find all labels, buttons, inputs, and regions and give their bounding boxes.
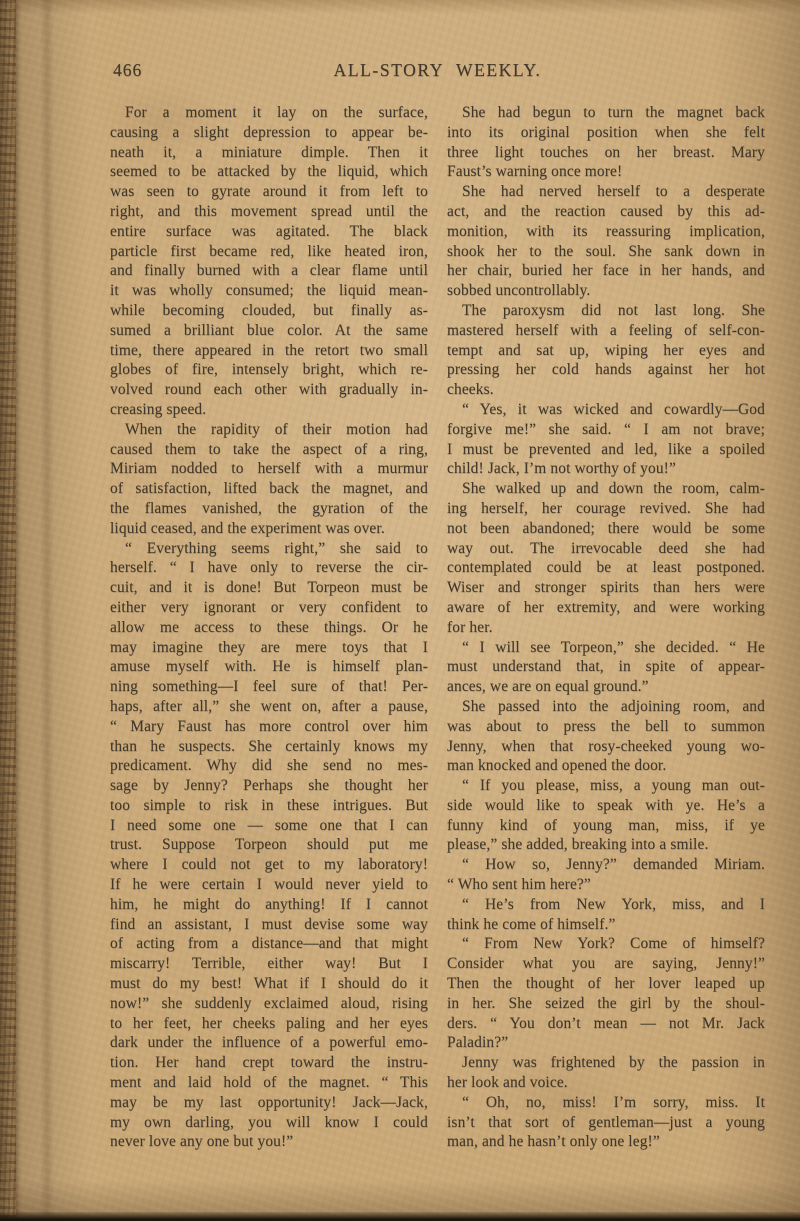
text-line: sobbed uncontrollably. [447, 281, 765, 301]
text-line: ing herself, her courage revived. She ha… [447, 499, 765, 519]
paragraph: “ I will see Torpeon,” she decided. “ He… [447, 638, 765, 697]
text-line: “ He’s from New York, miss, and I [447, 895, 765, 915]
text-line: “ How so, Jenny?” demanded Miriam. [447, 855, 765, 875]
paragraph: For a moment it lay on the surface,causi… [110, 103, 428, 420]
text-line: of acting from a distance—and that might [110, 934, 428, 954]
text-line: When the rapidity of their motion had [110, 420, 428, 440]
text-line: volved round each other with gradually i… [110, 380, 428, 400]
text-line: either very ignorant or very confident t… [110, 598, 428, 618]
text-line: not been abandoned; there would be some [447, 519, 765, 539]
text-line: If he were certain I would never yield t… [110, 875, 428, 895]
text-line: ning something—I feel sure of that! Per- [110, 677, 428, 697]
text-line: into its original position when she felt [447, 123, 765, 143]
text-line: entire surface was agitated. The black [110, 222, 428, 242]
text-line: tempt and sat up, wiping her eyes and [447, 341, 765, 361]
paragraph: “ If you please, miss, a young man out-s… [447, 776, 765, 855]
text-line: find an assistant, I must devise some wa… [110, 915, 428, 935]
text-line: ances, we are on equal ground.” [447, 677, 765, 697]
text-line: was seen to gyrate around it from left t… [110, 182, 428, 202]
text-line: For a moment it lay on the surface, [110, 103, 428, 123]
text-line: allow me access to these things. Or he [110, 618, 428, 638]
text-line: “ From New York? Come of himself? [447, 934, 765, 954]
paragraph: The paroxysm did not last long. Shemaste… [447, 301, 765, 400]
paragraph: “ He’s from New York, miss, and Ithink h… [447, 895, 765, 935]
text-line: of satisfaction, lifted back the magnet,… [110, 479, 428, 499]
text-line: Paladin?” [447, 1033, 765, 1053]
text-line: sage by Jenny? Perhaps she thought her [110, 776, 428, 796]
text-line: forgive me!” she said. “ I am not brave; [447, 420, 765, 440]
text-line: “ Oh, no, miss! I’m sorry, miss. It [447, 1093, 765, 1113]
text-line: I need some one — some one that I can [110, 816, 428, 836]
text-line: “ Mary Faust has more control over him [110, 717, 428, 737]
text-line: trust. Suppose Torpeon should put me [110, 835, 428, 855]
text-line: her look and voice. [447, 1073, 765, 1093]
text-line: She had nerved herself to a desperate [447, 182, 765, 202]
text-line: too simple to risk in these intrigues. B… [110, 796, 428, 816]
text-line: it was wholly consumed; the liquid mean- [110, 281, 428, 301]
text-line: She walked up and down the room, calm- [447, 479, 765, 499]
text-line: Consider what you are saying, Jenny!” [447, 954, 765, 974]
text-line: funny kind of young man, miss, if ye [447, 816, 765, 836]
text-line: was about to press the bell to summon [447, 717, 765, 737]
text-line: neath it, a miniature dimple. Then it [110, 143, 428, 163]
text-line: particle first became red, like heated i… [110, 242, 428, 262]
text-line: cheeks. [447, 380, 765, 400]
text-line: side would like to speak with ye. He’s a [447, 796, 765, 816]
left-column: For a moment it lay on the surface,causi… [110, 103, 428, 1152]
text-line: her chair, buried her face in her hands,… [447, 261, 765, 281]
text-line: act, and the reaction caused by this ad- [447, 202, 765, 222]
paragraph: “ Everything seems right,” she said tohe… [110, 539, 428, 1153]
text-line: my own darling, you will know I could [110, 1113, 428, 1133]
text-columns: For a moment it lay on the surface,causi… [110, 103, 765, 1152]
text-line: creasing speed. [110, 400, 428, 420]
paragraph: She walked up and down the room, calm-in… [447, 479, 765, 637]
paragraph: She passed into the adjoining room, andw… [447, 697, 765, 776]
text-line: monition, with its reassuring implicatio… [447, 222, 765, 242]
magazine-page-scan: 466 ALL-STORY WEEKLY. For a moment it la… [0, 0, 800, 1221]
journal-title: ALL-STORY WEEKLY. [110, 60, 765, 81]
text-line: in her. She seized the girl by the shoul… [447, 994, 765, 1014]
book-fore-edge [0, 0, 16, 1221]
text-line: Miriam nodded to herself with a murmur [110, 459, 428, 479]
text-line: and finally burned with a clear flame un… [110, 261, 428, 281]
text-line: child! Jack, I’m not worthy of you!” [447, 459, 765, 479]
text-line: time, there appeared in the retort two s… [110, 341, 428, 361]
text-line: seemed to be attacked by the liquid, whi… [110, 162, 428, 182]
text-line: dark under the influence of a powerful e… [110, 1033, 428, 1053]
text-line: now!” she suddenly exclaimed aloud, risi… [110, 994, 428, 1014]
text-line: Wiser and stronger spirits than hers wer… [447, 578, 765, 598]
text-line: liquid ceased, and the experiment was ov… [110, 519, 428, 539]
text-line: must do my best! What if I should do it [110, 974, 428, 994]
text-line: must understand that, in spite of appear… [447, 657, 765, 677]
text-line: way out. The irrevocable deed she had [447, 539, 765, 559]
text-line: pressing her cold hands against her hot [447, 360, 765, 380]
text-line: sumed a brilliant blue color. At the sam… [110, 321, 428, 341]
text-line: mastered herself with a feeling of self-… [447, 321, 765, 341]
text-line: man knocked and opened the door. [447, 756, 765, 776]
text-line: Faust’s warning once more! [447, 162, 765, 182]
text-line: him, he might do anything! If I cannot [110, 895, 428, 915]
text-line: “ Who sent him here?” [447, 875, 765, 895]
paragraph: “ Oh, no, miss! I’m sorry, miss. Itisn’t… [447, 1093, 765, 1152]
right-column: She had begun to turn the magnet backint… [447, 103, 765, 1152]
text-line: isn’t that sort of gentleman—just a youn… [447, 1113, 765, 1133]
text-line: ment and laid hold of the magnet. “ This [110, 1073, 428, 1093]
text-line: the flames vanished, the gyration of the [110, 499, 428, 519]
scan-bottom-edge [0, 1212, 800, 1221]
paragraph: She had nerved herself to a desperateact… [447, 182, 765, 301]
text-line: never love any one but you!” [110, 1132, 428, 1152]
text-line: Jenny, when that rosy-cheeked young wo- [447, 737, 765, 757]
paragraph: She had begun to turn the magnet backint… [447, 103, 765, 182]
text-line: I must be prevented and led, like a spoi… [447, 440, 765, 460]
text-line: tion. Her hand crept toward the instru- [110, 1053, 428, 1073]
text-line: She passed into the adjoining room, and [447, 697, 765, 717]
text-line: globes of fire, intensely bright, which … [110, 360, 428, 380]
text-line: “ Yes, it was wicked and cowardly—God [447, 400, 765, 420]
text-line: causing a slight depression to appear be… [110, 123, 428, 143]
text-line: while becoming clouded, but finally as- [110, 301, 428, 321]
text-line: herself. “ I have only to reverse the ci… [110, 558, 428, 578]
text-line: for her. [447, 618, 765, 638]
text-line: shook her to the soul. She sank down in [447, 242, 765, 262]
text-line: Jenny was frightened by the passion in [447, 1053, 765, 1073]
running-head: 466 ALL-STORY WEEKLY. [110, 60, 765, 79]
text-line: may be my last opportunity! Jack—Jack, [110, 1093, 428, 1113]
text-line: three light touches on her breast. Mary [447, 143, 765, 163]
text-line: think he come of himself.” [447, 915, 765, 935]
text-line: Then the thought of her lover leaped up [447, 974, 765, 994]
text-line: to her feet, her cheeks paling and her e… [110, 1014, 428, 1034]
text-line: “ Everything seems right,” she said to [110, 539, 428, 559]
text-line: aware of her extremity, and were working [447, 598, 765, 618]
text-line: may imagine they are mere toys that I [110, 638, 428, 658]
text-line: contemplated could be at least postponed… [447, 558, 765, 578]
text-line: than he suspects. She certainly knows my [110, 737, 428, 757]
text-line: The paroxysm did not last long. She [447, 301, 765, 321]
paragraph: “ Yes, it was wicked and cowardly—Godfor… [447, 400, 765, 479]
text-line: haps, after all,” she went on, after a p… [110, 697, 428, 717]
text-line: man, and he hasn’t only one leg!” [447, 1132, 765, 1152]
text-line: “ If you please, miss, a young man out- [447, 776, 765, 796]
paragraph: Jenny was frightened by the passion inhe… [447, 1053, 765, 1093]
paragraph: “ From New York? Come of himself?Conside… [447, 934, 765, 1053]
text-line: ders. “ You don’t mean — not Mr. Jack [447, 1014, 765, 1034]
text-line: predicament. Why did she send no mes- [110, 756, 428, 776]
text-line: please,” she added, breaking into a smil… [447, 835, 765, 855]
paragraph: “ How so, Jenny?” demanded Miriam.“ Who … [447, 855, 765, 895]
text-line: miscarry! Terrible, either way! But I [110, 954, 428, 974]
text-line: “ I will see Torpeon,” she decided. “ He [447, 638, 765, 658]
text-line: caused them to take the aspect of a ring… [110, 440, 428, 460]
text-line: She had begun to turn the magnet back [447, 103, 765, 123]
text-line: right, and this movement spread until th… [110, 202, 428, 222]
printed-content: 466 ALL-STORY WEEKLY. For a moment it la… [110, 60, 765, 1152]
paragraph: When the rapidity of their motion hadcau… [110, 420, 428, 539]
text-line: cuit, and it is done! But Torpeon must b… [110, 578, 428, 598]
text-line: where I could not get to my laboratory! [110, 855, 428, 875]
text-line: amuse myself with. He is himself plan- [110, 657, 428, 677]
